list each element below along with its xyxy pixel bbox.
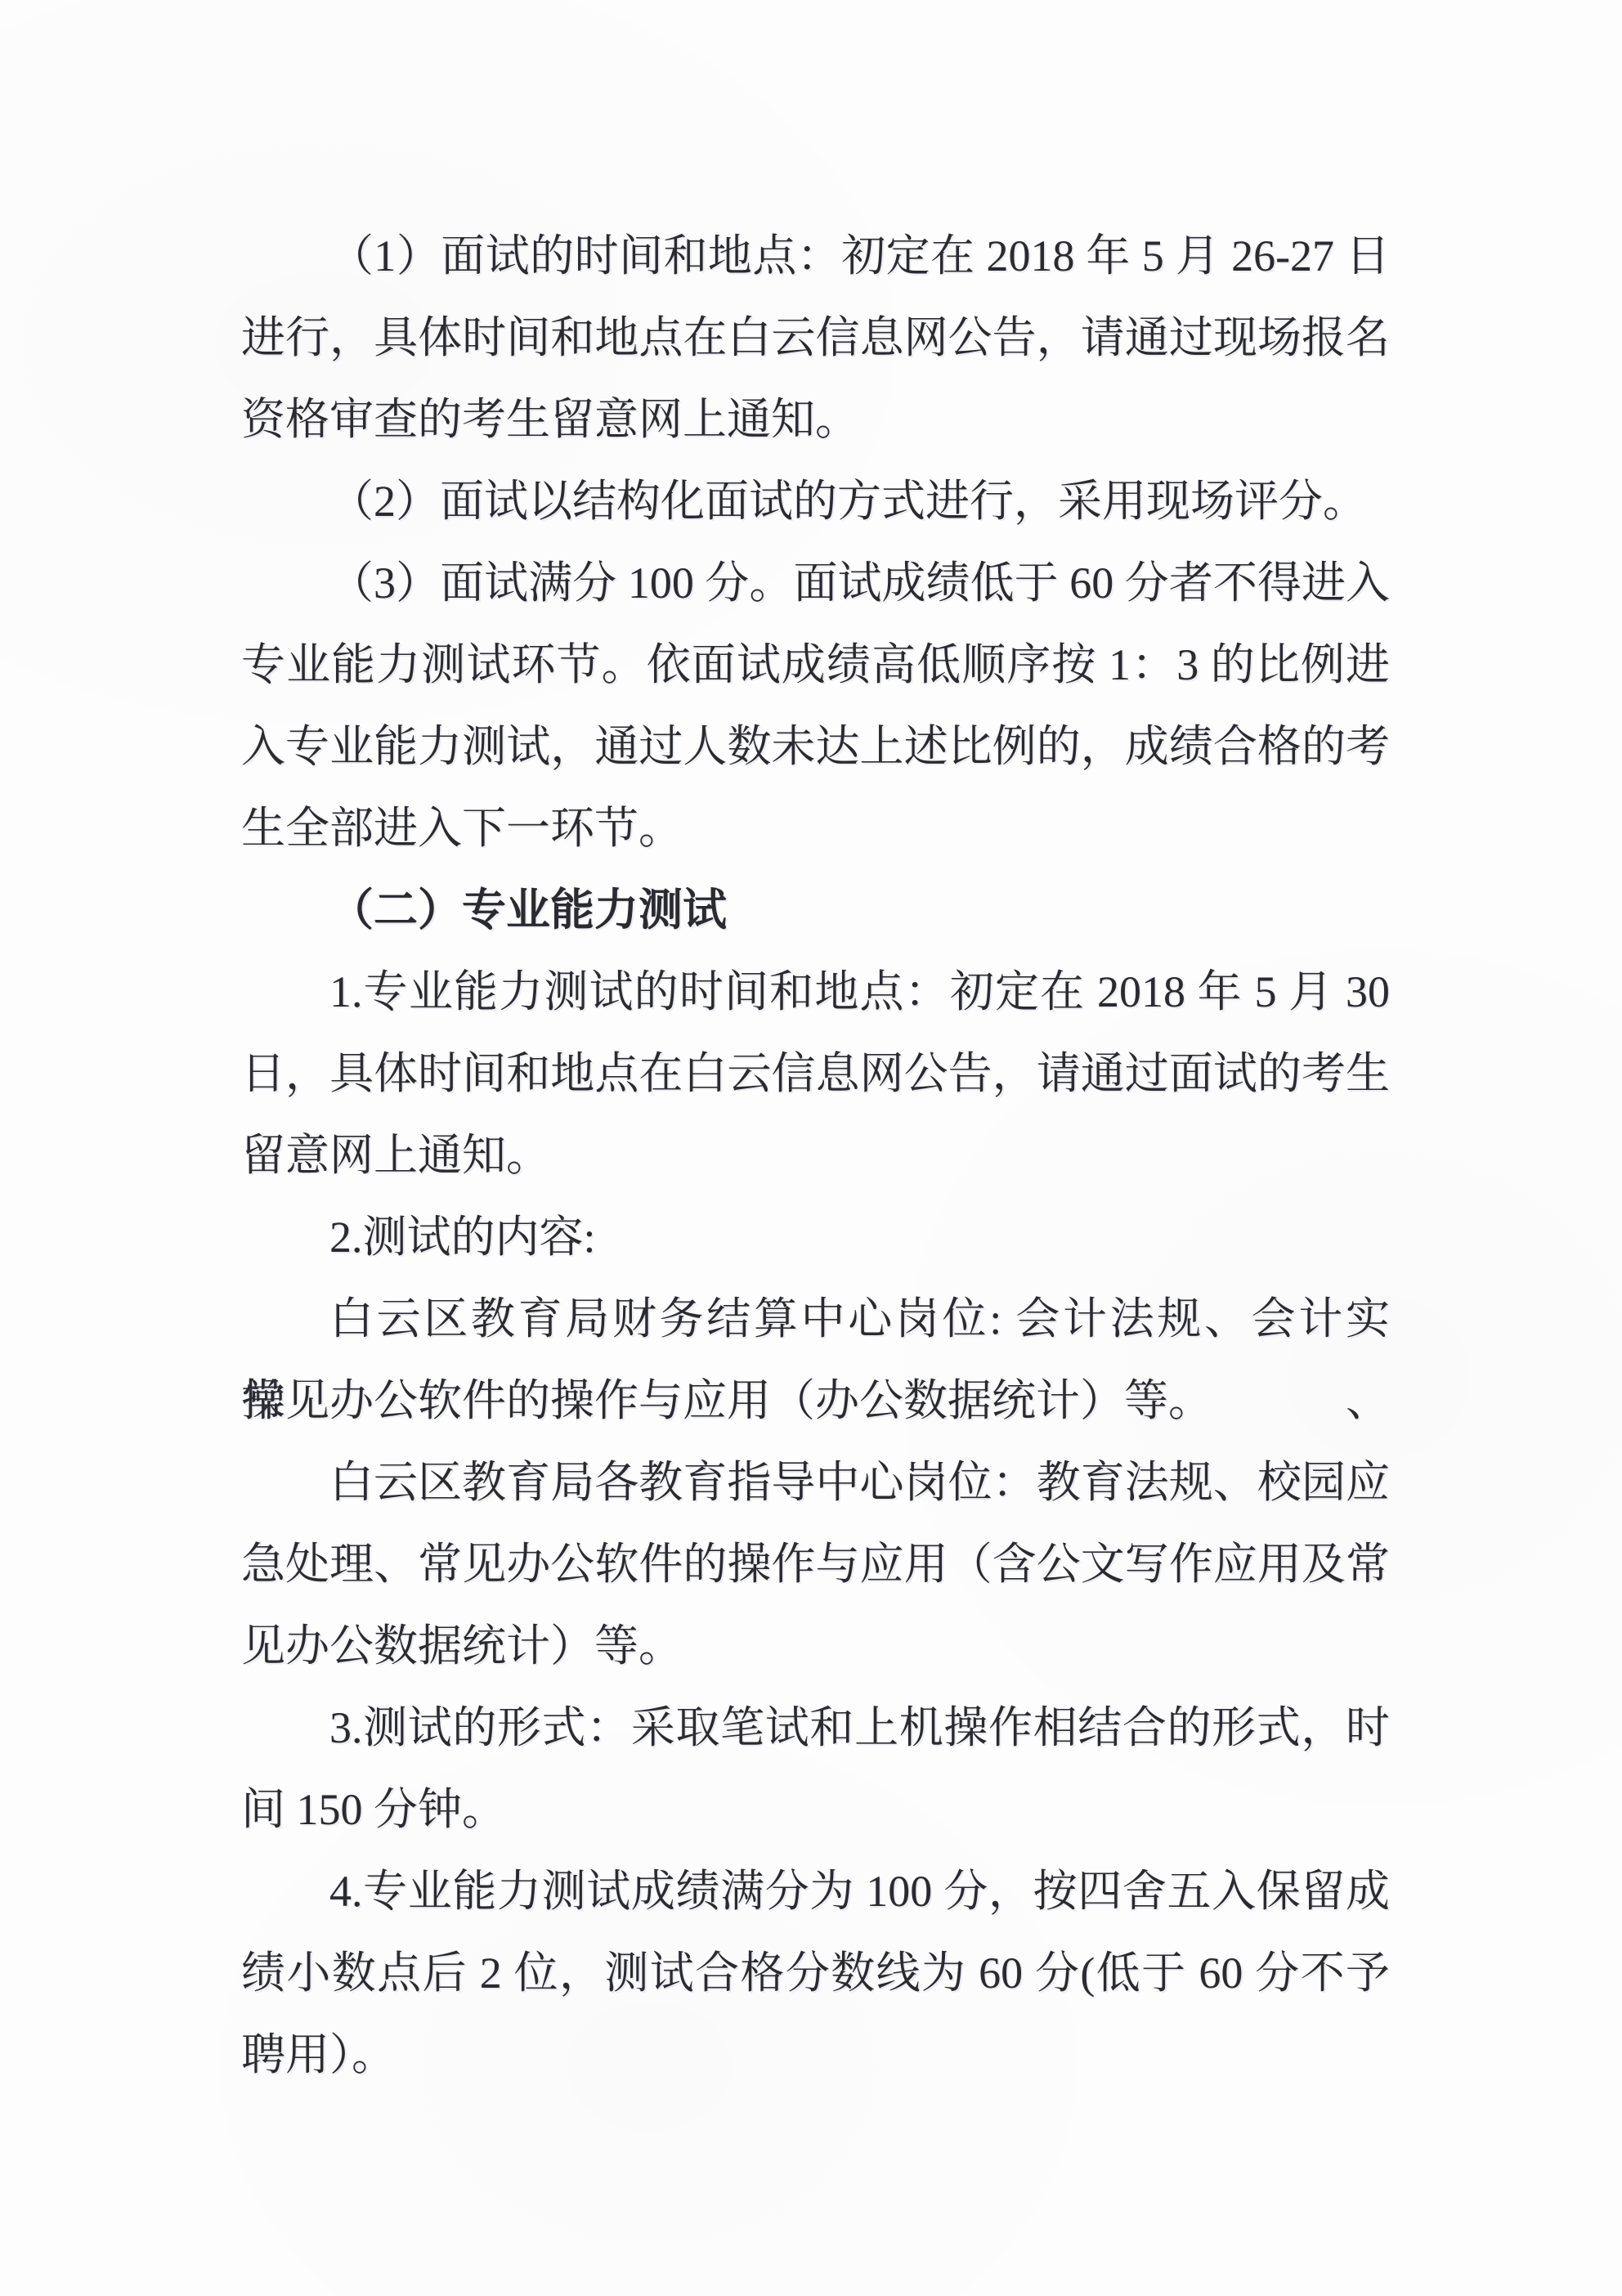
text-line: （二）专业能力测试 — [241, 869, 1390, 951]
text-line: 4.专业能力测试成绩满分为 100 分，按四舍五入保留成 — [241, 1850, 1390, 1932]
text-line: （3）面试满分 100 分。面试成绩低于 60 分者不得进入 — [241, 542, 1390, 624]
paragraph: 3.测试的形式：采取笔试和上机操作相结合的形式，时间 150 分钟。 — [241, 1687, 1390, 1850]
paragraph: 白云区教育局各教育指导中心岗位：教育法规、校园应急处理、常见办公软件的操作与应用… — [241, 1442, 1390, 1687]
text-block: （1）面试的时间和地点：初定在 2018 年 5 月 26-27 日进行，具体时… — [241, 215, 1390, 2096]
text-line: 白云区教育局各教育指导中心岗位：教育法规、校园应 — [241, 1442, 1390, 1523]
paragraph: （1）面试的时间和地点：初定在 2018 年 5 月 26-27 日进行，具体时… — [241, 215, 1390, 460]
text-line: 聘用）。 — [241, 2014, 1390, 2096]
text-line: 间 150 分钟。 — [241, 1769, 1390, 1850]
paragraph: 白云区教育局财务结算中心岗位: 会计法规、会计实操、常见办公软件的操作与应用（办… — [241, 1278, 1390, 1442]
paragraph: 2.测试的内容: — [241, 1196, 1390, 1278]
text-line: 专业能力测试环节。依面试成绩高低顺序按 1：3 的比例进 — [241, 624, 1390, 706]
text-line: 生全部进入下一环节。 — [241, 787, 1390, 869]
text-line: 进行，具体时间和地点在白云信息网公告，请通过现场报名 — [241, 297, 1390, 379]
text-line: 绩小数点后 2 位，测试合格分数线为 60 分(低于 60 分不予 — [241, 1932, 1390, 2014]
text-line: 1.专业能力测试的时间和地点：初定在 2018 年 5 月 30 — [241, 951, 1390, 1033]
document-page: （1）面试的时间和地点：初定在 2018 年 5 月 26-27 日进行，具体时… — [0, 0, 1622, 2296]
text-line: 入专业能力测试，通过人数未达上述比例的，成绩合格的考 — [241, 706, 1390, 787]
text-line: 2.测试的内容: — [241, 1196, 1390, 1278]
text-line: 急处理、常见办公软件的操作与应用（含公文写作应用及常 — [241, 1523, 1390, 1605]
text-line: 资格审查的考生留意网上通知。 — [241, 379, 1390, 460]
text-line: 留意网上通知。 — [241, 1114, 1390, 1196]
paragraph: 4.专业能力测试成绩满分为 100 分，按四舍五入保留成绩小数点后 2 位，测试… — [241, 1850, 1390, 2096]
paragraph: （3）面试满分 100 分。面试成绩低于 60 分者不得进入专业能力测试环节。依… — [241, 542, 1390, 869]
text-line: 3.测试的形式：采取笔试和上机操作相结合的形式，时 — [241, 1687, 1390, 1769]
text-line: （1）面试的时间和地点：初定在 2018 年 5 月 26-27 日 — [241, 215, 1390, 297]
text-line: 见办公数据统计）等。 — [241, 1605, 1390, 1687]
section-heading: （二）专业能力测试 — [241, 869, 1390, 951]
text-line: 日，具体时间和地点在白云信息网公告，请通过面试的考生 — [241, 1033, 1390, 1114]
text-line: 白云区教育局财务结算中心岗位: 会计法规、会计实操、 — [241, 1278, 1390, 1360]
paragraph: （2）面试以结构化面试的方式进行，采用现场评分。 — [241, 460, 1390, 542]
text-line: （2）面试以结构化面试的方式进行，采用现场评分。 — [241, 460, 1390, 542]
paragraph: 1.专业能力测试的时间和地点：初定在 2018 年 5 月 30日，具体时间和地… — [241, 951, 1390, 1196]
